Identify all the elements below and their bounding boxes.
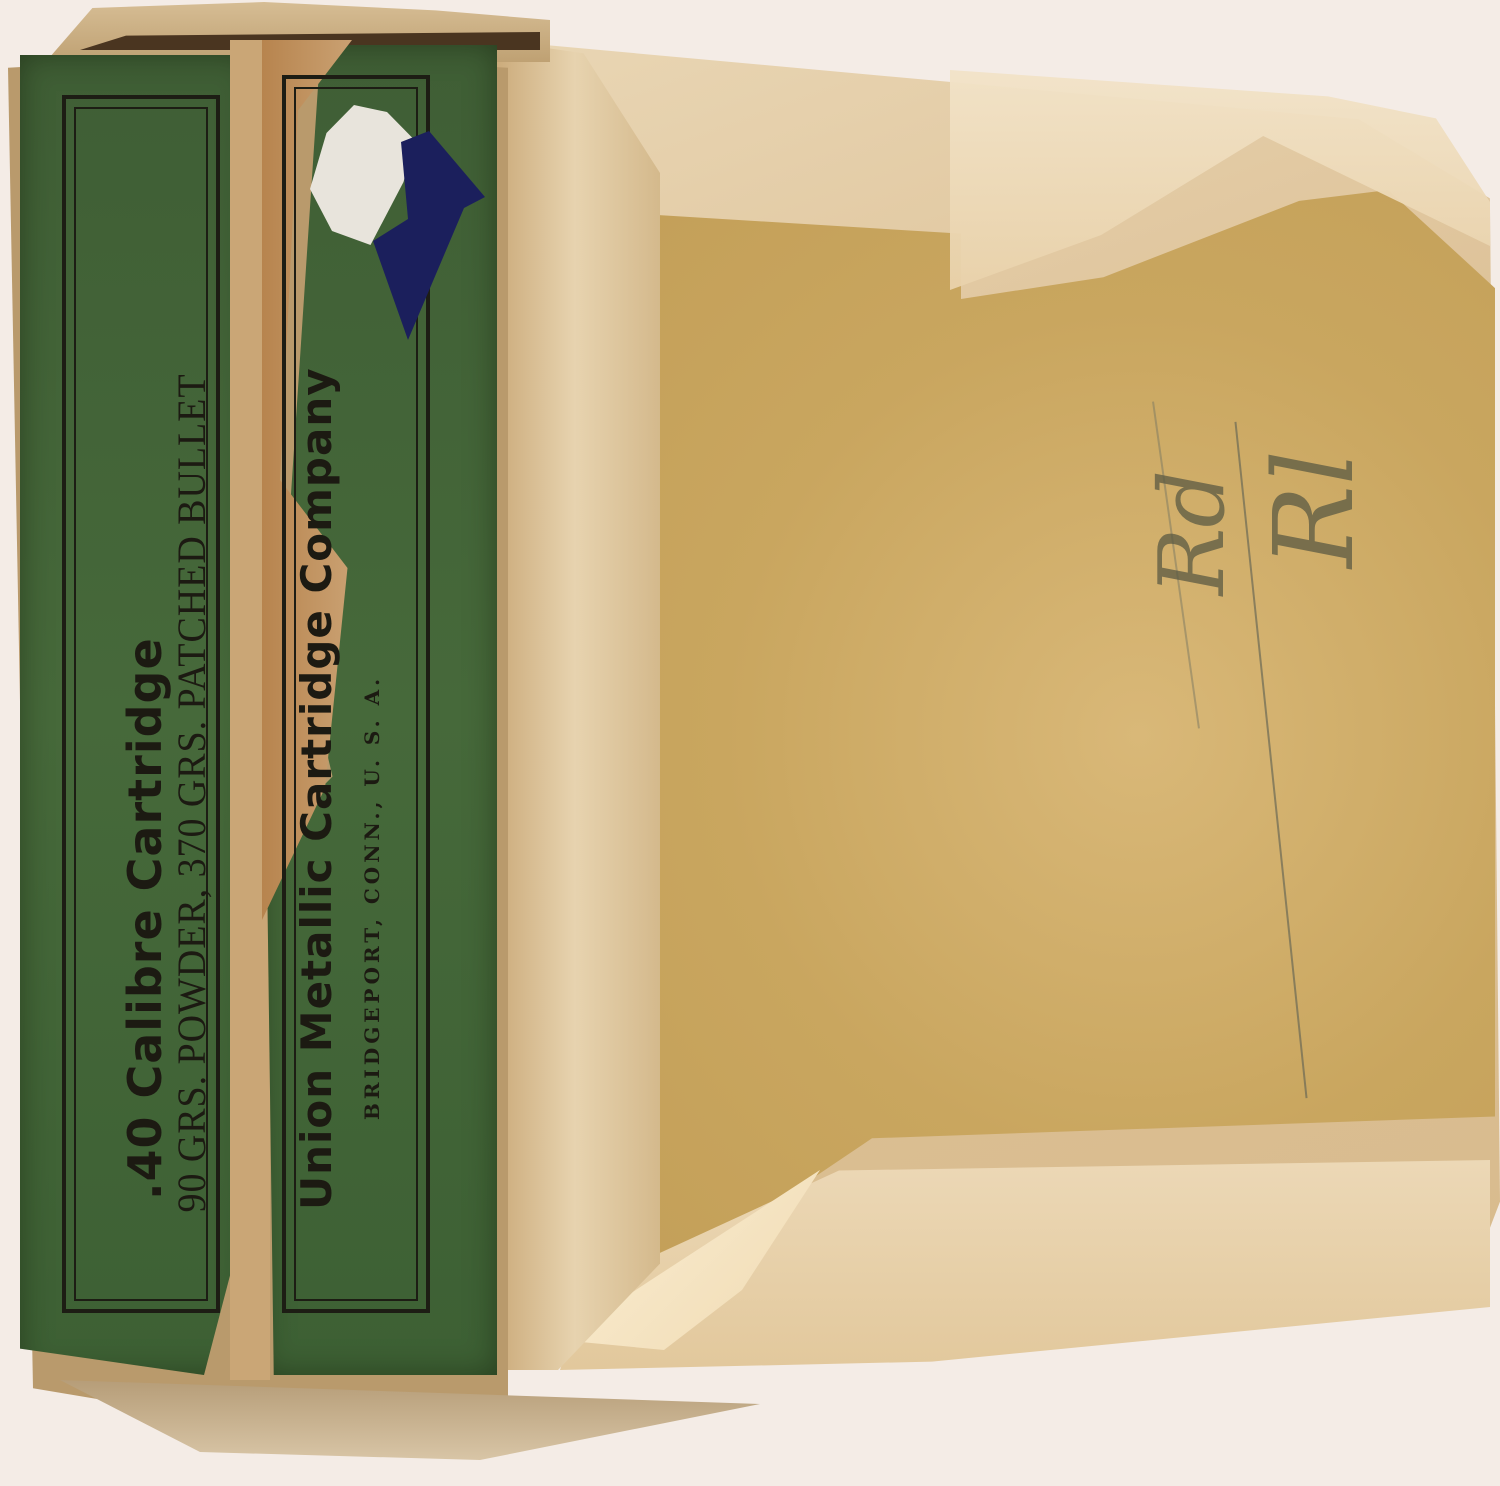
handwritten-note: Rd	[1140, 470, 1245, 595]
caliber-title: .40 Calibre Cartridge	[118, 640, 172, 1200]
photo-scene: Rl Rd .40 Calibre Cartridge 90 GRS. POWD…	[0, 0, 1500, 1486]
company-address: BRIDGEPORT, CONN., U. S. A.	[360, 370, 384, 1120]
kraft-paper-panel	[605, 190, 1495, 1280]
handwritten-note: Rl	[1250, 450, 1378, 568]
box-corner-edge	[490, 40, 660, 1370]
box-bottom-flap	[60, 1380, 760, 1460]
company-name: Union Metallic Cartridge Company	[292, 210, 341, 1210]
powder-bullet-spec: 90 GRS. POWDER, 370 GRS. PATCHED BULLET	[168, 168, 215, 1213]
